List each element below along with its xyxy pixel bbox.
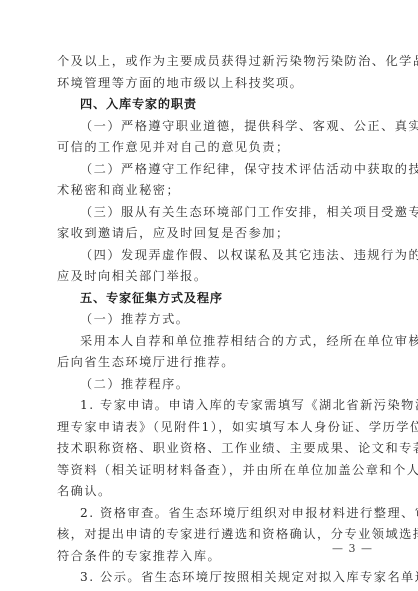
text-line: 家收到邀请后，应及时回复是否参加；: [57, 225, 362, 241]
text-line: （二）推荐程序。: [80, 376, 362, 392]
text-line: 个及以上，或作为主要成员获得过新污染物污染防治、化学品: [57, 53, 362, 69]
text-line: （二）严格遵守工作纪律，保守技术评估活动中获取的技: [80, 161, 362, 177]
text-line: 技术职称资格、职业资格、工作业绩、主要成果、论文和专著: [57, 440, 362, 456]
text-line: 应及时向相关部门举报。: [57, 268, 362, 284]
text-line: 理专家申请表》（见附件1），如实填写本人身份证、学历学位、: [57, 419, 362, 435]
text-line: 后向省生态环境厅进行推荐。: [57, 354, 362, 370]
section-heading: 五、专家征集方式及程序: [80, 290, 362, 306]
text-line: 名确认。: [57, 483, 362, 499]
text-line: （一）推荐方式。: [80, 311, 362, 327]
text-line: 采用本人自荐和单位推荐相结合的方式，经所在单位审核: [80, 333, 362, 349]
text-line: 等资料（相关证明材料备查），并由所在单位加盖公章和个人签: [57, 462, 362, 478]
text-line: （一）严格遵守职业道德，提供科学、客观、公正、真实、: [80, 118, 362, 134]
text-line: 环境管理等方面的地市级以上科技奖项。: [57, 75, 362, 91]
text-line: 符合条件的专家推荐入库。: [57, 548, 362, 564]
document-page: 个及以上，或作为主要成员获得过新污染物污染防治、化学品 环境管理等方面的地市级以…: [0, 0, 418, 591]
text-line: （三）服从有关生态环境部门工作安排，相关项目受邀专: [80, 204, 362, 220]
text-line: 核，对提出申请的专家进行遴选和资格确认，分专业领域选择: [57, 526, 362, 542]
section-heading: 四、入库专家的职责: [80, 96, 362, 112]
text-line: 2. 资格审查。省生态环境厅组织对申报材料进行整理、审: [80, 505, 362, 521]
text-line: 1. 专家申请。申请入库的专家需填写《湖北省新污染物治: [80, 397, 362, 413]
page-number: — 3 —: [332, 542, 373, 555]
text-line: 术秘密和商业秘密；: [57, 182, 362, 198]
text-line: 可信的工作意见并对自己的意见负责；: [57, 139, 362, 155]
text-line: 3. 公示。省生态环境厅按照相关规定对拟入库专家名单进: [80, 569, 362, 585]
text-line: （四）发现弄虚作假、以权谋私及其它违法、违规行为的，: [80, 247, 362, 263]
